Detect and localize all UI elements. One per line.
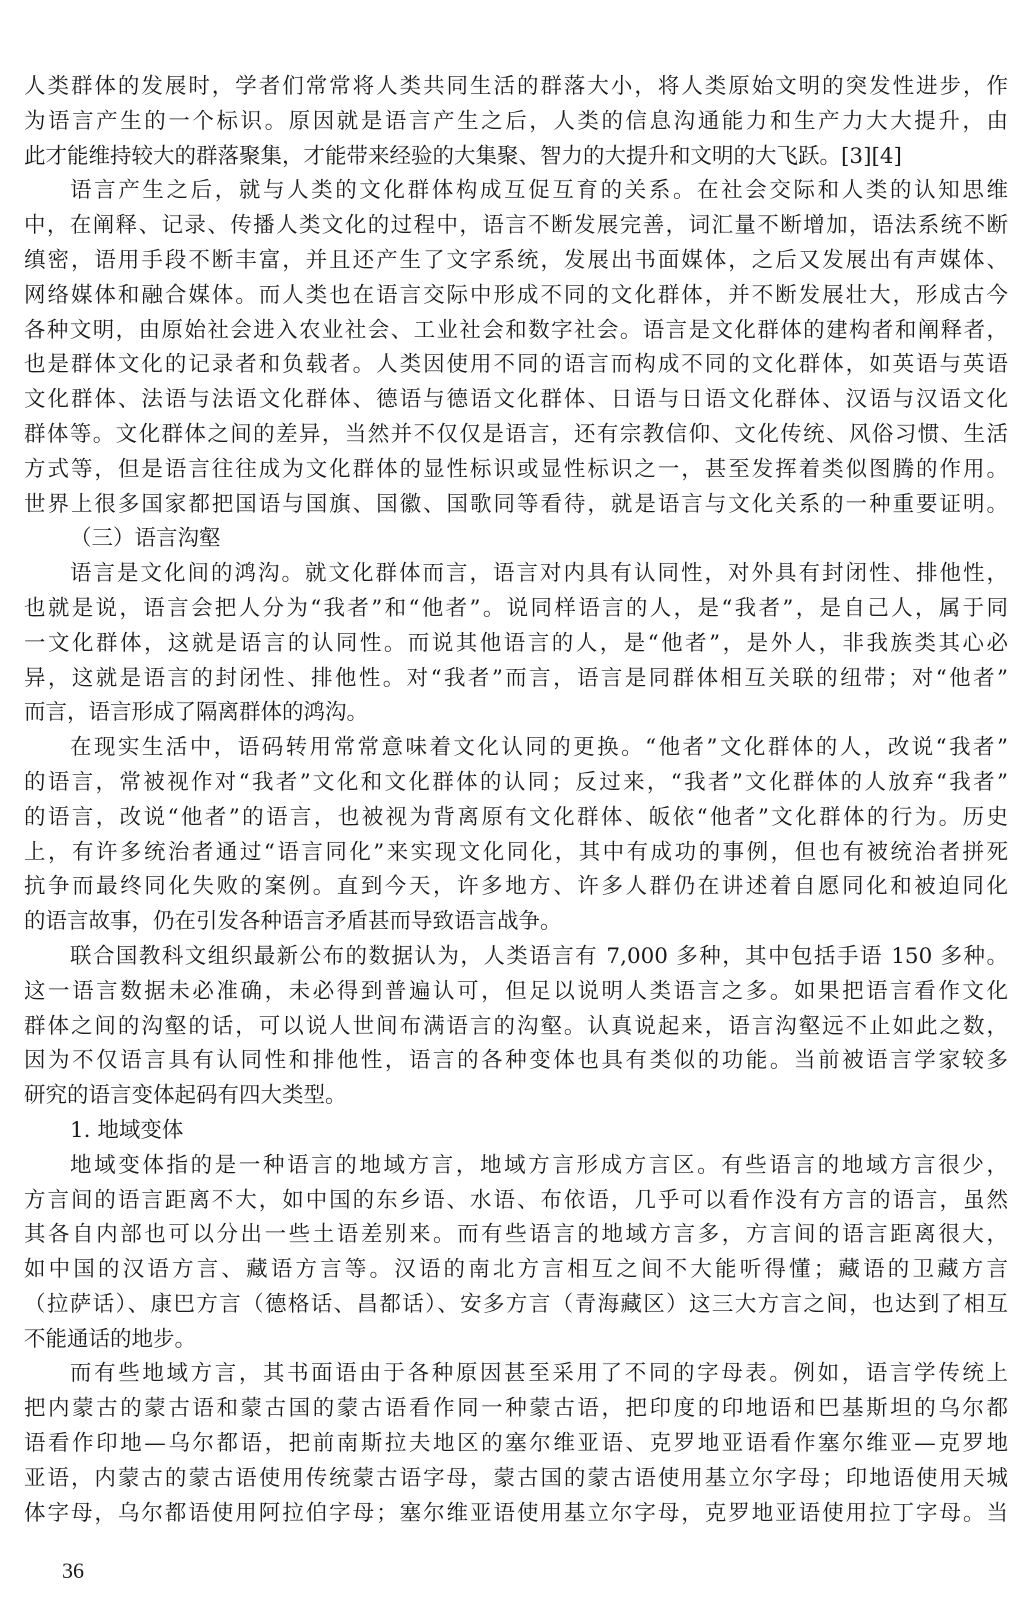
subsection-heading: 1. 地域变体 [24, 1116, 1008, 1151]
page-number: 36 [62, 1558, 84, 1584]
text-line: 网络媒体和融合媒体。而人类也在语言交际中形成不同的文化群体，并不断发展壮大，形成… [24, 281, 1008, 316]
paragraph-first-line: 语言产生之后，就与人类的文化群体构成互促互育的关系。在社会交际和人类的认知思维 [24, 176, 1008, 211]
text-line: 世界上很多国家都把国语与国旗、国徽、国歌同等看待，就是语言与文化关系的一种重要证… [24, 490, 1008, 525]
text-line: 的语言，改说“他者”的语言，也被视为背离原有文化群体、皈依“他者”文化群体的行为… [24, 803, 1008, 838]
text-line: 把内蒙古的蒙古语和蒙古国的蒙古语看作同一种蒙古语，把印度的印地语和巴基斯坦的乌尔… [24, 1394, 1008, 1429]
text-line: 一文化群体，这就是语言的认同性。而说其他语言的人，是“他者”，是外人，非我族类其… [24, 629, 1008, 664]
paragraph-first-line: 地域变体指的是一种语言的地域方言，地域方言形成方言区。有些语言的地域方言很少， [24, 1151, 1008, 1186]
text-line: 因为不仅语言具有认同性和排他性，语言的各种变体也具有类似的功能。当前被语言学家较… [24, 1046, 1008, 1081]
text-line: 其各自内部也可以分出一些土语差别来。而有些语言的地域方言多，方言间的语言距离很大… [24, 1220, 1008, 1255]
text-line: 也就是说，语言会把人分为“我者”和“他者”。说同样语言的人，是“我者”，是自己人… [24, 594, 1008, 629]
text-line: 抗争而最终同化失败的案例。直到今天，许多地方、许多人群仍在讲述着自愿同化和被迫同… [24, 872, 1008, 907]
text-line: 此才能维持较大的群落聚集，才能带来经验的大集聚、智力的大提升和文明的大飞跃。[3… [24, 142, 1008, 177]
text-line: 群体等。文化群体之间的差异，当然并不仅仅是语言，还有宗教信仰、文化传统、风俗习惯… [24, 420, 1008, 455]
paragraph-first-line: 在现实生活中，语码转用常常意味着文化认同的更换。“他者”文化群体的人，改说“我者… [24, 733, 1008, 768]
text-line: 人类群体的发展时，学者们常常将人类共同生活的群落大小，将人类原始文明的突发性进步… [24, 72, 1008, 107]
paragraph-first-line: 语言是文化间的鸿沟。就文化群体而言，语言对内具有认同性，对外具有封闭性、排他性， [24, 559, 1008, 594]
text-line: 的语言，常被视作对“我者”文化和文化群体的认同；反过来，“我者”文化群体的人放弃… [24, 768, 1008, 803]
text-line: （拉萨话）、康巴方言（德格话、昌都话）、安多方言（青海藏区）这三大方言之间，也达… [24, 1290, 1008, 1325]
text-line: 群体之间的沟壑的话，可以说人世间布满语言的沟壑。认真说起来，语言沟壑远不止如此之… [24, 1012, 1008, 1047]
text-line: 语看作印地—乌尔都语，把前南斯拉夫地区的塞尔维亚语、克罗地亚语看作塞尔维亚—克罗… [24, 1429, 1008, 1464]
text-line: 中，在阐释、记录、传播人类文化的过程中，语言不断发展完善，词汇量不断增加，语法系… [24, 211, 1008, 246]
text-line: 研究的语言变体起码有四大类型。 [24, 1081, 1008, 1116]
text-line: 各种文明，由原始社会进入农业社会、工业社会和数字社会。语言是文化群体的建构者和阐… [24, 316, 1008, 351]
text-line: 也是群体文化的记录者和负载者。人类因使用不同的语言而构成不同的文化群体，如英语与… [24, 350, 1008, 385]
text-line: 方式等，但是语言往往成为文化群体的显性标识或显性标识之一，甚至发挥着类似图腾的作… [24, 455, 1008, 490]
text-line: 这一语言数据未必准确，未必得到普遍认可，但足以说明人类语言之多。如果把语言看作文… [24, 977, 1008, 1012]
text-line: 体字母，乌尔都语使用阿拉伯字母；塞尔维亚语使用基立尔字母，克罗地亚语使用拉丁字母… [24, 1499, 1008, 1534]
text-line: 为语言产生的一个标识。原因就是语言产生之后，人类的信息沟通能力和生产力大大提升，… [24, 107, 1008, 142]
text-line: 不能通话的地步。 [24, 1325, 1008, 1360]
text-line: 亚语，内蒙古的蒙古语使用传统蒙古语字母，蒙古国的蒙古语使用基立尔字母；印地语使用… [24, 1464, 1008, 1499]
text-line: 而言，语言形成了隔离群体的鸿沟。 [24, 698, 1008, 733]
text-line: 缜密，语用手段不断丰富，并且还产生了文字系统，发展出书面媒体，之后又发展出有声媒… [24, 246, 1008, 281]
text-line: 如中国的汉语方言、藏语方言等。汉语的南北方言相互之间不大能听得懂；藏语的卫藏方言 [24, 1255, 1008, 1290]
paragraph-first-line: 而有些地域方言，其书面语由于各种原因甚至采用了不同的字母表。例如，语言学传统上 [24, 1359, 1008, 1394]
text-line: 的语言故事，仍在引发各种语言矛盾甚而导致语言战争。 [24, 907, 1008, 942]
section-heading: （三）语言沟壑 [24, 524, 1008, 559]
text-line: 文化群体、法语与法语文化群体、德语与德语文化群体、日语与日语文化群体、汉语与汉语… [24, 385, 1008, 420]
paragraph-first-line: 联合国教科文组织最新公布的数据认为，人类语言有 7,000 多种，其中包括手语 … [24, 942, 1008, 977]
document-page: 人类群体的发展时，学者们常常将人类共同生活的群落大小，将人类原始文明的突发性进步… [24, 72, 1008, 1533]
text-line: 上，有许多统治者通过“语言同化”来实现文化同化，其中有成功的事例，但也有被统治者… [24, 838, 1008, 873]
text-line: 异，这就是语言的封闭性、排他性。对“我者”而言，语言是同群体相互关联的纽带；对“… [24, 664, 1008, 699]
text-line: 方言间的语言距离不大，如中国的东乡语、水语、布依语，几乎可以看作没有方言的语言，… [24, 1186, 1008, 1221]
